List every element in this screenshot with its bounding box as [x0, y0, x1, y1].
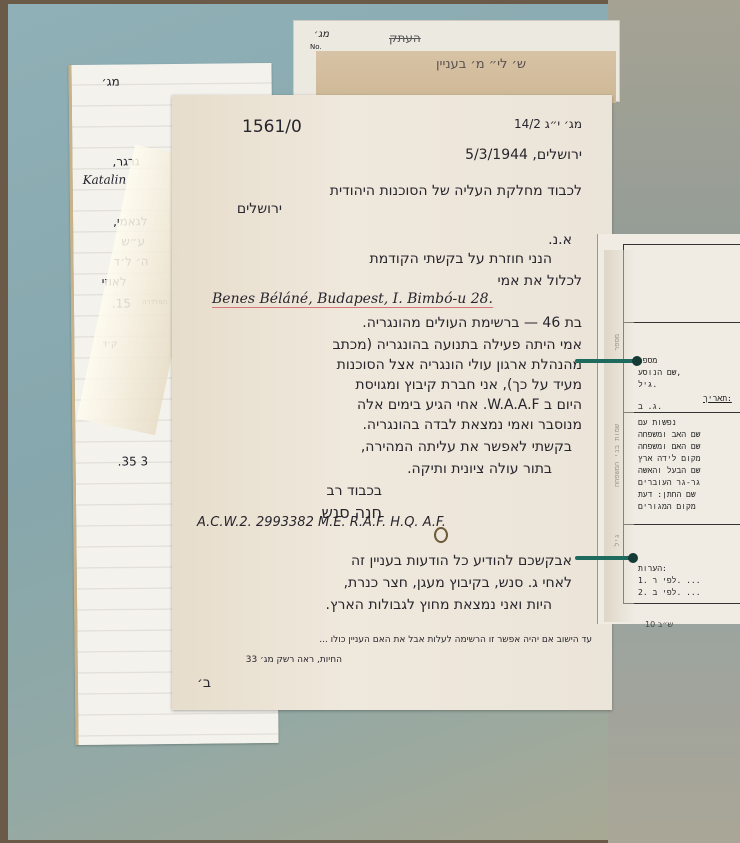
back-document-no-label: No. — [310, 43, 322, 51]
string-knot-bottom — [628, 553, 638, 563]
postscript-line: אבקשכם להודיע כל הודעות בעניין זה — [351, 553, 572, 569]
punch-hole — [434, 527, 448, 543]
file-number: 1561/0 — [242, 117, 302, 137]
initials: ב׳ — [197, 675, 211, 691]
form-divider — [623, 322, 740, 323]
body-line: הנני חוזרת על בקשתי הקודמת — [370, 251, 552, 267]
salutation: א.נ. — [548, 232, 572, 248]
form-section-label: תאריך: — [703, 394, 732, 404]
form-footer-row: 1. לפי ר. ... — [638, 576, 701, 586]
back-document-heading: העתק — [389, 31, 421, 45]
postscript-line: היות ואני נמצאת מחוץ לגבולות הארץ. — [326, 597, 552, 613]
date-line: ירושלים, 5/3/1944 — [465, 147, 582, 163]
form-footer-label: הערות: — [638, 564, 667, 574]
string-knot-top — [632, 356, 642, 366]
form-typed-row: גר-גר העוברים — [638, 478, 700, 488]
postscript-line: לאחי ג. סנש, בקיבוץ מעגן, חצר כנרת, — [344, 575, 572, 591]
form-typed-row: מקום לידה ארץ — [638, 454, 700, 464]
body-line: מהנהלת ארגון עולי הונגריה אצל הסוכנות — [337, 357, 582, 373]
handwritten-letter: 1561/0 מג׳ י״ג 14/2 ירושלים, 5/3/1944 לכ… — [172, 95, 612, 710]
back-document-mark: מג׳ — [314, 29, 329, 40]
under-form-text: ש״ב 10 — [645, 620, 673, 629]
form-typed-row: שם האם ומשפחה — [638, 442, 700, 452]
body-line: מנוסבר ואמי נמצאת לבדה בהונגריה. — [362, 417, 582, 433]
binding-string-bottom — [575, 556, 633, 560]
left-document-line: Katalin — [83, 172, 127, 186]
left-document-line: .35 3 — [118, 454, 149, 468]
body-line: בתור עולה ציונית ותיקה. — [407, 461, 552, 477]
mother-address: Benes Béláné, Budapest, I. Bimbó-u 28. — [212, 291, 493, 308]
body-line: היום ב W.A.A.F. אחי הגיע בימים אלה — [357, 397, 582, 413]
back-document: מג׳ No. העתק ש׳ לי״ מ׳ בעניין — [293, 20, 620, 102]
form-divider — [623, 524, 740, 525]
form-footer-row: 2. לפי ב. ... — [638, 588, 701, 598]
body-line: אמי היתה פעילה בתנועה בהונגריה (מכתב — [332, 337, 582, 353]
body-line: לכלול את אמי — [497, 273, 582, 289]
left-document-mark: מג׳ — [102, 75, 120, 89]
margin-note: עד הישוב אם יהיה אפשר זו הרשימה לעלות אב… — [319, 635, 592, 645]
service-line: A.C.W.2. 2993382 M.E. R.A.F. H.Q. A.F. — [197, 515, 446, 530]
addressee-line-2: ירושלים — [237, 201, 282, 217]
form-typed-row: נפשות עם — [638, 418, 676, 428]
tissue-strip — [604, 250, 634, 622]
form-divider — [623, 412, 740, 413]
body-line: בת 46 — ברשימת העולים מהונגריה. — [362, 315, 582, 331]
body-line: מעיד על כך), אני חברת קיבוץ ומגויסת — [355, 377, 582, 393]
addressee-line-1: לכבוד מחלקת העליה של הסוכנות היהודית — [330, 183, 582, 199]
form-header-row: גיל. — [638, 380, 657, 390]
closing: בכבוד רב — [327, 483, 383, 499]
form-typed-row: שם הבעל והאשה — [638, 466, 700, 476]
form-cc-line: ג. ב. — [638, 402, 662, 412]
form-typed-row: שם החתן: דעת — [638, 490, 696, 500]
margin-note: החיות, ראה רשק מג׳ 33 — [246, 655, 342, 665]
back-document-strip-text: ש׳ לי״ מ׳ בעניין — [436, 57, 526, 72]
form-typed-row: שם האב ומשפחה — [638, 430, 700, 440]
form-header-row: שם הנוסע, — [638, 368, 681, 378]
body-line: בקשתי לאפשר את עליתה המהירה, — [361, 439, 572, 455]
form-typed-row: מקום המגורים — [638, 502, 696, 512]
binding-string-top — [575, 359, 637, 363]
corner-note: מג׳ י״ג 14/2 — [514, 117, 582, 131]
